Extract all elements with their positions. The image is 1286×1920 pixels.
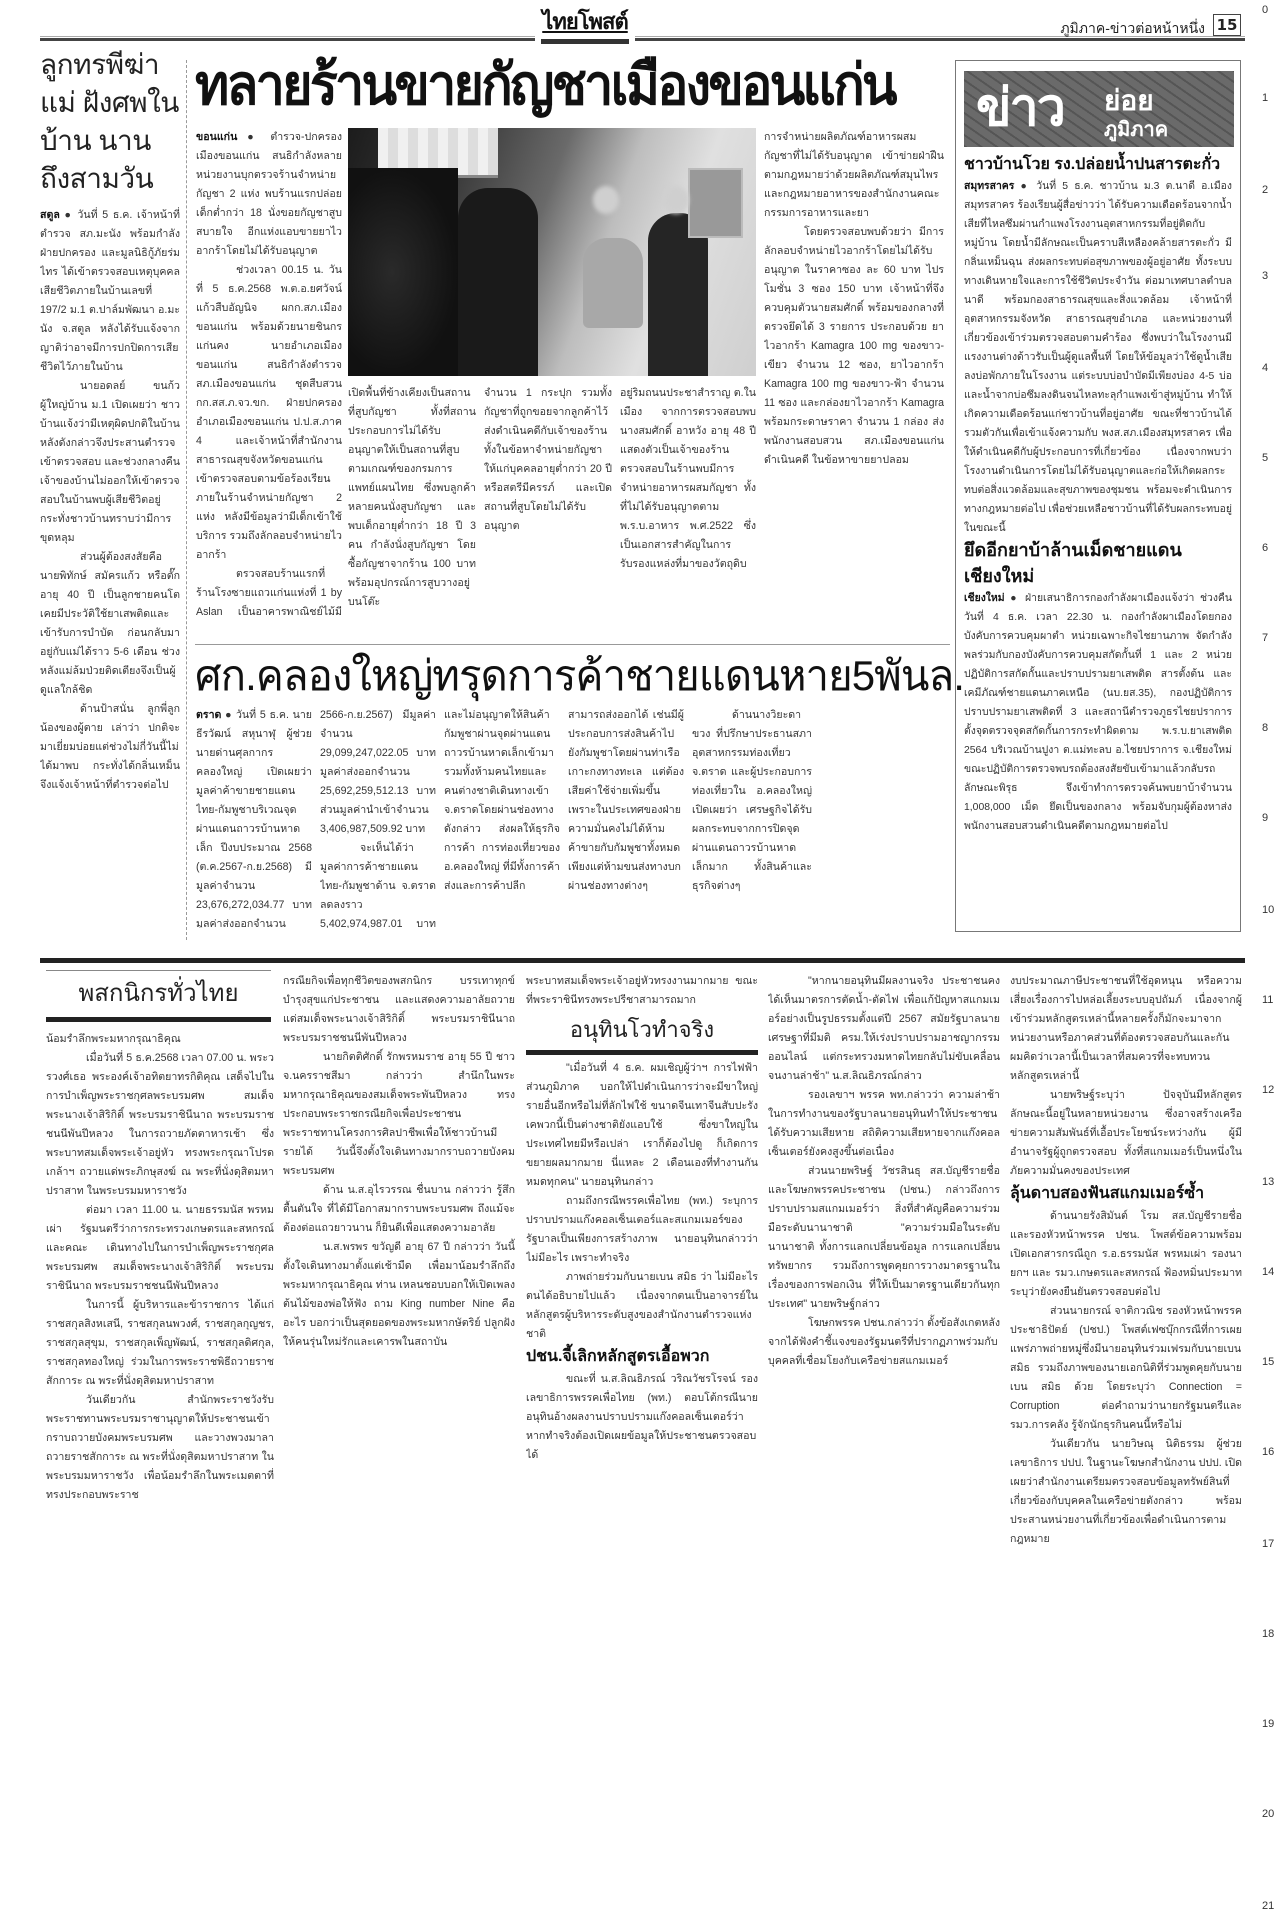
masthead: ไทยโพสต์ ภูมิภาค-ข่าวต่อหน้าหนึ่ง 15 (0, 0, 1245, 46)
main-story-lower-col: จำนวน 1 กระปุก รวมทั้งกัญชาที่ถูกขอยจากล… (484, 384, 612, 616)
photo-officer (458, 188, 538, 376)
ruler-mark: 1 (1262, 92, 1268, 104)
paragraph: สามารถส่งออกได้ เช่นมีผู้ประกอบการส่งสิน… (568, 706, 684, 896)
left-story: ลูกทรพีฆ่าแม่ ฝังศพในบ้าน นานถึงสามวัน ส… (40, 46, 180, 966)
ruler-mark: 20 (1262, 1808, 1274, 1820)
section-rule (40, 958, 1245, 963)
paragraph: "เมื่อวันที่ 4 ธ.ค. ผมเชิญผู้ว่าฯ การไฟฟ… (526, 1059, 758, 1192)
paragraph: ด้าน น.ส.อุไรวรรณ ชื่นบาน กล่าวว่า รู้สึ… (283, 1181, 515, 1238)
ruler-mark: 15 (1262, 1356, 1274, 1368)
ruler-mark: 0 (1262, 4, 1268, 16)
paragraph: ตำรวจ-ปกครองเมืองขอนแก่น สนธิกำลังหลายหน… (196, 131, 342, 257)
bottom-col2: กรณียกิจเพื่อทุกชีวิตของพสกนิกร บรรเทาทุ… (283, 972, 515, 1912)
paragraph: โดยตรวจสอบพบด้วยว่า มีการลักลอบจำหน่ายไว… (764, 223, 944, 470)
dateline: ขอนแก่น (196, 131, 237, 143)
paragraph: ตรวจสอบร้านแรกที่ร้านโรงซายแถวแก่นแห่งที… (196, 565, 342, 618)
logo-text: ไทยโพสต์ (535, 4, 635, 39)
story2-headline: ศก.คลองใหญ่ทรุดการค้าชายแดนหาย5พันล. (195, 648, 955, 704)
ruler-mark: 2 (1262, 184, 1268, 196)
paragraph: วันเดียวกัน นายวิษณุ นิติธรรม ผู้ช่วยเลข… (1010, 1435, 1242, 1549)
paragraph: ช่วงเวลา 00.15 น. วันที่ 5 ธ.ค.2568 พ.ต.… (196, 261, 342, 565)
paragraph: พระบาทสมเด็จพระเจ้าอยู่หัวทรงงานมากมาย ข… (526, 972, 758, 1010)
dateline: สมุทรสาคร (964, 181, 1014, 192)
news-brief-box: ข่าว ย่อย ภูมิภาค ชาวบ้านโวย รง.ปล่อยน้ำ… (955, 60, 1241, 932)
paragraph: "หากนายอนุทินมีผลงานจริง ประชาชนคงได้เห็… (768, 972, 1000, 1086)
newspaper-page: ไทยโพสต์ ภูมิภาค-ข่าวต่อหน้าหนึ่ง 15 ลูก… (0, 0, 1245, 1920)
paragraph: นายอดลย์ ขนก้ว ผู้ใหญ่บ้าน ม.1 เปิดเผยว่… (40, 377, 180, 548)
news-photo-cannabis-raid (348, 128, 756, 376)
ruler-mark: 16 (1262, 1446, 1274, 1458)
paragraph: การจำหน่ายผลิตภัณฑ์อาหารผสมกัญชาที่ไม่ได… (764, 128, 944, 223)
ruler-mark: 14 (1262, 1266, 1274, 1278)
blurred-face (663, 186, 689, 214)
brief-banner: ข่าว ย่อย ภูมิภาค (964, 71, 1234, 147)
dateline: เชียงใหม่ (964, 593, 1005, 604)
paragraph: ส่วนผู้ต้องสงสัยคือ นายพิทักษ์ สมัครแก้ว… (40, 548, 180, 700)
lead-line: น้อมรำลึกพระมหากรุณาธิคุณ (46, 1030, 274, 1049)
paragraph: นายพริษฐ์ระบุว่า ปัจจุบันมีหลักสูตรลักษณ… (1010, 1086, 1242, 1181)
column-divider (186, 60, 187, 940)
story2-col: ตราด ● วันที่ 5 ธ.ค. นายธีรวัฒน์ สหุนาฬุ… (196, 706, 312, 928)
ruler-mark: 18 (1262, 1628, 1274, 1640)
paragraph: นายกิตติศักดิ์ รักพรหมราช อายุ 55 ปี ชาว… (283, 1048, 515, 1181)
inline-subheading: ลุ้นดาบสองฟันสแกมเมอร์ซ้ำ (1010, 1181, 1242, 1207)
main-story-col1: ขอนแก่น ● ตำรวจ-ปกครองเมืองขอนแก่น สนธิก… (196, 128, 342, 618)
paragraph: ถามถึงกรณีพรรคเพื่อไทย (พท.) ระบุการปราบ… (526, 1192, 758, 1268)
photo-plant (348, 168, 458, 376)
bottom-col5: งบประมาณภาษีประชาชนที่ใช้อุดหนุน หรือควา… (1010, 972, 1242, 1912)
subsection-heading: อนุทินโวทำจริง (526, 1010, 758, 1050)
inline-subheading: ปชน.จี้เลิกหลักสูตรเอื้อพวก (526, 1344, 758, 1370)
paragraph: ด้านนายรังสิมันต์ โรม สส.บัญชีรายชื่อ แล… (1010, 1207, 1242, 1302)
main-story-col-right: การจำหน่ายผลิตภัณฑ์อาหารผสมกัญชาที่ไม่ได… (764, 128, 944, 628)
newspaper-logo: ไทยโพสต์ (535, 4, 635, 44)
paragraph: น.ส.พรพร ขวัญดี อายุ 67 ปี กล่าวว่า วันน… (283, 1238, 515, 1352)
bottom-col1: น้อมรำลึกพระมหากรุณาธิคุณ เมื่อวันที่ 5 … (46, 1030, 274, 1920)
dateline: สตูล (40, 209, 60, 221)
story2-col: 2566-ก.ย.2567) มีมูลค่าจำนวน 29,099,247,… (320, 706, 436, 928)
page-ruler: 0 1 2 3 4 5 6 7 8 9 10 11 12 13 14 15 16… (1252, 0, 1286, 1920)
ruler-mark: 4 (1262, 362, 1268, 374)
section-label: ภูมิภาค-ข่าวต่อหน้าหนึ่ง (1060, 18, 1205, 40)
paragraph: โฆษกพรรค ปชน.กล่าวว่า ตั้งข้อสังเกตหลังจ… (768, 1314, 1000, 1371)
paragraph: อยู่ริมถนนประชาสำราญ ต.ในเมือง จากการตรว… (620, 384, 756, 574)
banner-title: ข่าว (976, 75, 1064, 141)
paragraph: กรณียกิจเพื่อทุกชีวิตของพสกนิกร บรรเทาทุ… (283, 972, 515, 1048)
paragraph: จำนวน 1 กระปุก รวมทั้งกัญชาที่ถูกขอยจากล… (484, 384, 612, 536)
heading-rule-bottom (526, 1050, 758, 1055)
brief-story1-body: สมุทรสาคร ● วันที่ 5 ธ.ค. ชาวบ้าน ม.3 ต.… (964, 177, 1232, 537)
paragraph: วันที่ 5 ธ.ค. นายธีรวัฒน์ สหุนาฬุ ผู้ช่ว… (196, 709, 312, 928)
logo-tagline-bar (541, 39, 629, 44)
photo-seated-person (583, 238, 643, 328)
dateline: ตราด (196, 709, 221, 721)
ruler-mark: 21 (1262, 1900, 1274, 1912)
paragraph: ขณะที่ น.ส.ลิณธิภรณ์ วริณวัชรโรจน์ รองเล… (526, 1370, 758, 1465)
story2-col: สามารถส่งออกได้ เช่นมีผู้ประกอบการส่งสิน… (568, 706, 684, 928)
paragraph: 2566-ก.ย.2567) มีมูลค่าจำนวน 29,099,247,… (320, 706, 436, 839)
paragraph: ฝ่ายเสนาธิการกองกำลังผาเมืองแจ้งว่า ช่วง… (964, 593, 1232, 832)
bottom-col4: "หากนายอนุทินมีผลงานจริง ประชาชนคงได้เห็… (768, 972, 1000, 1912)
paragraph: เมื่อวันที่ 5 ธ.ค.2568 เวลา 07.00 น. พระ… (46, 1049, 274, 1201)
column-heading: พสกนิกรทั่วไทย (46, 971, 271, 1017)
paragraph: และไม่อนุญาตให้สินค้ากัมพูชาผ่านจุดผ่านแ… (444, 706, 560, 896)
ruler-mark: 13 (1262, 1176, 1274, 1188)
column-heading-box: พสกนิกรทั่วไทย (46, 970, 271, 1022)
photo-wall-poster (688, 168, 743, 238)
story2-col: ด้านนางวิยะดา ขวง ที่ปรึกษาประธานสภาอุตส… (692, 706, 812, 928)
page-number: 15 (1213, 14, 1241, 36)
main-story-lower-col: อยู่ริมถนนประชาสำราญ ต.ในเมือง จากการตรว… (620, 384, 756, 616)
ruler-mark: 3 (1262, 270, 1268, 282)
banner-region: ภูมิภาค (1104, 113, 1168, 145)
brief-story2-body: เชียงใหม่ ● ฝ่ายเสนาธิการกองกำลังผาเมือง… (964, 589, 1232, 939)
paragraph: ส่วนนายพริษฐ์ วัชรสินธุ สส.บัญชีรายชื่อ … (768, 1162, 1000, 1314)
paragraph: วันที่ 5 ธ.ค. ชาวบ้าน ม.3 ต.นาดี อ.เมือง… (964, 181, 1232, 534)
left-story-body: สตูล ● วันที่ 5 ธ.ค. เจ้าหน้าที่ตำรวจ สภ… (40, 206, 180, 966)
ruler-mark: 6 (1262, 542, 1268, 554)
paragraph: ในการนี้ ผู้บริหารและข้าราชการ ได้แก่ รา… (46, 1296, 274, 1391)
ruler-mark: 8 (1262, 722, 1268, 734)
paragraph: รองเลขาฯ พรรค พท.กล่าวว่า ความล่าช้าในกา… (768, 1086, 1000, 1162)
paragraph: ด้านนางวิยะดา ขวง ที่ปรึกษาประธานสภาอุตส… (692, 706, 812, 896)
bottom-col3: พระบาทสมเด็จพระเจ้าอยู่หัวทรงงานมากมาย ข… (526, 972, 758, 1912)
ruler-mark: 19 (1262, 1718, 1274, 1730)
paragraph: เปิดพื้นที่ข้างเคียงเป็นสถานที่สูบกัญชา … (348, 384, 476, 612)
paragraph: ด้านป้าสนั่น ลูกพี่ลูกน้องของผู้ตาย เล่า… (40, 700, 180, 795)
paragraph: วันเดียวกัน สำนักพระราชวังรับพระราชทานพร… (46, 1391, 274, 1505)
paragraph: ส่วนนายกรณ์ จาติกวณิช รองหัวหน้าพรรคประช… (1010, 1302, 1242, 1435)
main-story-lower-col: เปิดพื้นที่ข้างเคียงเป็นสถานที่สูบกัญชา … (348, 384, 476, 616)
heading-rule-bottom (46, 1017, 271, 1022)
brief-story1-headline: ชาวบ้านโวย รง.ปล่อยน้ำปนสารตะกั่ว (964, 153, 1232, 177)
ruler-mark: 10 (1262, 904, 1274, 916)
left-story-headline: ลูกทรพีฆ่าแม่ ฝังศพในบ้าน นานถึงสามวัน (40, 46, 180, 198)
brief-story2-headline: ยึดอีกยาบ้าล้านเม็ดชายแดนเชียงใหม่ (964, 537, 1232, 589)
story2-col: และไม่อนุญาตให้สินค้ากัมพูชาผ่านจุดผ่านแ… (444, 706, 560, 928)
story-separator (195, 644, 950, 645)
ruler-mark: 12 (1262, 1084, 1274, 1096)
paragraph: ต่อมา เวลา 11.00 น. นายธรรมนัส พรหมเผ่า … (46, 1201, 274, 1296)
ruler-mark: 9 (1262, 812, 1268, 824)
paragraph: งบประมาณภาษีประชาชนที่ใช้อุดหนุน หรือควา… (1010, 972, 1242, 1086)
ruler-mark: 5 (1262, 452, 1268, 464)
ruler-mark: 7 (1262, 632, 1268, 644)
ruler-mark: 11 (1262, 994, 1273, 1006)
paragraph: วันที่ 5 ธ.ค. เจ้าหน้าที่ตำรวจ สภ.มะนัง … (40, 209, 180, 373)
main-headline: ทลายร้านขายกัญชาเมืองขอนแก่น (195, 52, 902, 120)
paragraph: จะเห็นได้ว่ามูลค่าการค้าชายแดนไทย-กัมพูช… (320, 839, 436, 928)
subsection-heading-box: อนุทินโวทำจริง (526, 1010, 758, 1055)
blurred-face (593, 186, 619, 214)
ruler-mark: 17 (1262, 1538, 1274, 1550)
paragraph: ภาพถ่ายร่วมกับนายเบน สมิธ ว่า ไม่มีอะไร … (526, 1268, 758, 1344)
